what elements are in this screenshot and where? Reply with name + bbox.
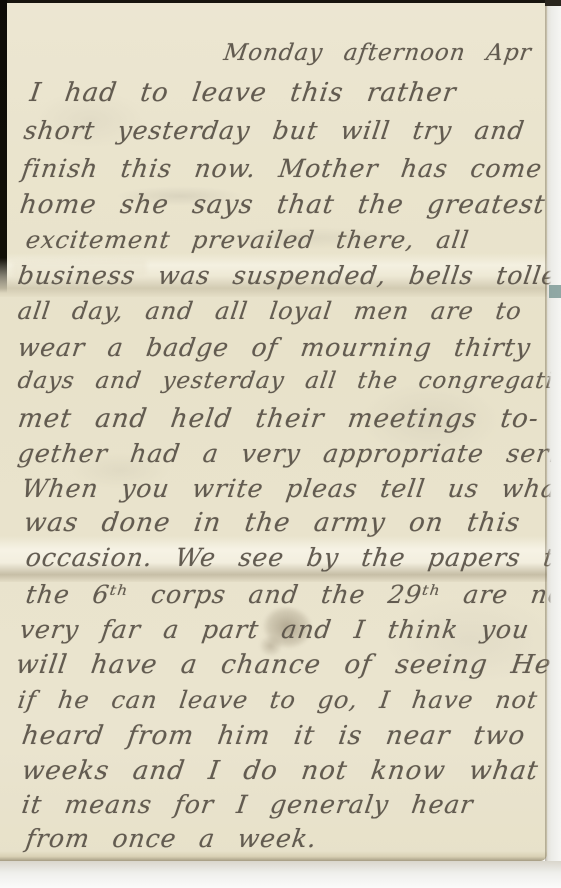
letter-line: wear a badge of mourning thirty — [16, 333, 533, 362]
backing-bottom — [0, 861, 561, 888]
letter-line: met and held their meetings to- — [16, 404, 541, 434]
letter-line: weeks and I do not know what — [20, 756, 541, 786]
scanner-edge-top-icon — [0, 0, 561, 3]
letter-line: all day, and all loyal men are to — [16, 297, 524, 325]
letter-line: When you write pleas tell us what — [20, 474, 561, 503]
letter-line: finish this now. Mother has come — [20, 154, 544, 183]
letter-line: it means for I generaly hear — [20, 790, 475, 819]
scanner-edge-top-right — [545, 0, 561, 6]
paper-bottom-edge — [0, 851, 547, 861]
letter-line: business was suspended, bells tolled — [16, 261, 561, 290]
letter-line: if he can leave to go, I have not — [16, 686, 540, 714]
letter-line: very far a part and I think you — [18, 615, 531, 644]
scanner-artifact-mark — [549, 285, 561, 298]
letter-line: from once a week. — [24, 824, 319, 853]
letter-line: gether had a very appropriate sermon — [16, 439, 561, 468]
letter-line: occasion. We see by the papers that — [24, 543, 561, 572]
letter-heading-line: Monday afternoon Apr 17ᵗʰ — [222, 40, 561, 66]
letter-paper: Monday afternoon Apr 17ᵗʰI had to leave … — [0, 0, 547, 861]
letter-line: short yesterday but will try and — [22, 116, 527, 145]
letter-line: the 6ᵗʰ corps and the 29ᵗʰ are not — [24, 580, 561, 609]
letter-line: was done in the army on this — [22, 508, 522, 538]
backing-right — [545, 2, 561, 861]
letter-line: will have a chance of seeing Henry — [14, 650, 561, 680]
letter-line: excitement prevailed there, all — [24, 226, 471, 254]
letter-line: days and yesterday all the congregations — [16, 368, 561, 394]
letter-line: I had to leave this rather — [28, 78, 458, 108]
letter-line: heard from him it is near two — [20, 721, 527, 751]
scanner-edge-left — [0, 0, 7, 293]
letter-scan: Monday afternoon Apr 17ᵗʰI had to leave … — [0, 0, 561, 888]
letter-body: Monday afternoon Apr 17ᵗʰI had to leave … — [0, 0, 547, 861]
letter-line: home she says that the greatest — [18, 190, 547, 220]
